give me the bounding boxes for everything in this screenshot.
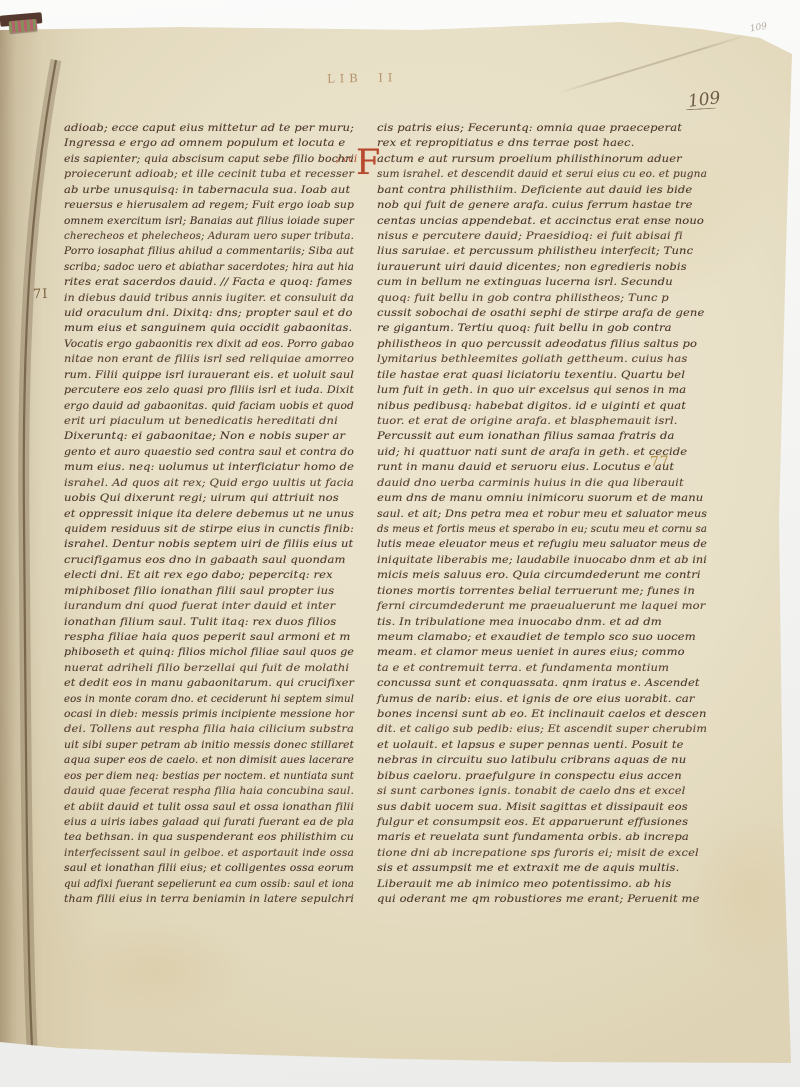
manuscript-line: tione dni ab increpatione sps furoris ei… xyxy=(377,846,707,861)
manuscript-line: qui oderant me qm robustiores me erant; … xyxy=(377,892,707,907)
manuscript-line: quoq: fuit bellu in gob contra philisthe… xyxy=(377,291,707,306)
manuscript-line: respha filiae haia quos peperit saul arm… xyxy=(64,630,354,645)
manuscript-line: sus dabit uocem sua. Misit sagittas et d… xyxy=(377,800,707,815)
manuscript-line: ferni circumdederunt me praeualuerunt me… xyxy=(377,599,707,614)
manuscript-line: cis patris eius; Feceruntq: omnia quae p… xyxy=(377,121,707,136)
manuscript-line: saul. et ait; Dns petra mea et robur meu… xyxy=(377,507,707,522)
text-column-left: adioab; ecce caput eius mittetur ad te p… xyxy=(64,121,354,908)
manuscript-line: centas uncias appendebat. et accinctus e… xyxy=(377,214,707,229)
manuscript-line: cherecheos et phelecheos; Aduram uero su… xyxy=(64,229,354,244)
manuscript-line: maris et reuelata sunt fundamenta orbis.… xyxy=(377,830,707,845)
running-title: LIB II xyxy=(327,70,398,85)
manuscript-line: runt in manu dauid et seruoru eius. Locu… xyxy=(377,460,707,475)
manuscript-line: israhel. Dentur nobis septem uiri de fil… xyxy=(64,537,354,552)
manuscript-line: lutis meae eleuator meus et refugiu meu … xyxy=(377,537,707,552)
manuscript-line: concussa sunt et conquassata. qnm iratus… xyxy=(377,676,707,691)
manuscript-line: uid oraculum dni. Dixitq: dns; propter s… xyxy=(64,306,354,321)
manuscript-line: eis sapienter; quia abscisum caput sebe … xyxy=(64,152,354,167)
manuscript-line: dauid dno uerba carminis huius in die qu… xyxy=(377,476,707,491)
manuscript-line: tea bethsan. in qua suspenderant eos phi… xyxy=(64,830,354,845)
manuscript-line: tis. In tribulatione mea inuocabo dnm. e… xyxy=(377,615,707,630)
manuscript-line: fumus de narib: eius. et ignis de ore ei… xyxy=(377,692,707,707)
manuscript-line: crucifigamus eos dno in gabaath saul quo… xyxy=(64,553,354,568)
manuscript-line: saul et ionathan filii eius; et colligen… xyxy=(64,861,354,876)
manuscript-line: qui adfixi fuerant sepelierunt ea cum os… xyxy=(64,877,354,892)
manuscript-line: uid; hi quattuor nati sunt de arafa in g… xyxy=(377,445,707,460)
manuscript-line: ab urbe unusquisq: in tabernacula sua. I… xyxy=(64,183,354,198)
manuscript-line: et dedit eos in manu gabaonitarum. qui c… xyxy=(64,676,354,691)
manuscript-line: erit uri piaculum ut benedicatis heredit… xyxy=(64,414,354,429)
right-column-lines: cis patris eius; Feceruntq: omnia quae p… xyxy=(377,121,707,908)
manuscript-line: tuor. et erat de origine arafa. et blasp… xyxy=(377,414,707,429)
manuscript-line: eius a uiris iabes galaad qui furati fue… xyxy=(64,815,354,830)
manuscript-line: bones incensi sunt ab eo. Et inclinauit … xyxy=(377,707,707,722)
manuscript-line: adioab; ecce caput eius mittetur ad te p… xyxy=(64,121,354,136)
manuscript-line: et abiit dauid et tulit ossa saul et oss… xyxy=(64,800,354,815)
manuscript-line: Ingressa e ergo ad omnem populum et locu… xyxy=(64,136,354,151)
manuscript-line: lius saruiae. et percussum philistheu in… xyxy=(377,244,707,259)
manuscript-line: uobis Qui dixerunt regi; uirum qui attri… xyxy=(64,491,354,506)
manuscript-line: eos per diem neq: bestias per noctem. et… xyxy=(64,769,354,784)
manuscript-line: israhel. Ad quos ait rex; Quid ergo uult… xyxy=(64,476,354,491)
manuscript-line: scriba; sadoc uero et abiathar sacerdote… xyxy=(64,260,354,275)
manuscript-line: uit sibi super petram ab initio messis d… xyxy=(64,738,354,753)
manuscript-line: dauid quae fecerat respha filia haia con… xyxy=(64,784,354,799)
manuscript-line: Vocatis ergo gabaonitis rex dixit ad eos… xyxy=(64,337,354,352)
manuscript-line: ergo dauid ad gabaonitas. quid faciam uo… xyxy=(64,399,354,414)
manuscript-line: Percussit aut eum ionathan filius samaa … xyxy=(377,429,707,444)
manuscript-line: ocasi in dieb: messis primis incipiente … xyxy=(64,707,354,722)
manuscript-line: bant contra philisthiim. Deficiente aut … xyxy=(377,183,707,198)
manuscript-line: actum e aut rursum proelium philisthinor… xyxy=(377,152,707,167)
manuscript-line: gento et auro quaestio sed contra saul e… xyxy=(64,445,354,460)
manuscript-line: lymitarius bethleemites goliath gettheum… xyxy=(377,352,707,367)
manuscript-line: nitae non erant de filiis isrl sed reliq… xyxy=(64,352,354,367)
manuscript-line: interfecissent saul in gelboe. et asport… xyxy=(64,846,354,861)
manuscript-line: fulgur et consumpsit eos. Et apparuerunt… xyxy=(377,815,707,830)
manuscript-line: meum clamabo; et exaudiet de templo sco … xyxy=(377,630,707,645)
manuscript-line: omnem exercitum isrl; Banaias aut filius… xyxy=(64,214,354,229)
manuscript-line: electi dni. Et ait rex ego dabo; peperci… xyxy=(64,568,354,583)
manuscript-line: mum eius. neq: uolumus ut interficiatur … xyxy=(64,460,354,475)
manuscript-line: rum. Filii quippe isrl iurauerant eis. e… xyxy=(64,368,354,383)
manuscript-line: philistheos in quo percussit adeodatus f… xyxy=(377,337,707,352)
manuscript-line: eum dns de manu omniu inimicoru suorum e… xyxy=(377,491,707,506)
manuscript-line: in diebus dauid tribus annis iugiter. et… xyxy=(64,291,354,306)
text-column-right: F cis patris eius; Feceruntq: omnia quae… xyxy=(377,121,707,908)
manuscript-line: ds meus et fortis meus et sperabo in eu;… xyxy=(377,522,707,537)
manuscript-line: micis meis saluus ero. Quia circumdederu… xyxy=(377,568,707,583)
manuscript-line: re gigantum. Tertiu quoq: fuit bellu in … xyxy=(377,321,707,336)
manuscript-line: tile hastae erat quasi liciatoriu texent… xyxy=(377,368,707,383)
manuscript-line: nebras in circuitu suo latibulu cribrans… xyxy=(377,753,707,768)
manuscript-line: reuersus e hierusalem ad regem; Fuit erg… xyxy=(64,198,354,213)
headband xyxy=(9,19,38,33)
folio-number-ink: 109 xyxy=(687,88,722,111)
manuscript-line: mum eius et sanguinem quia occidit gabao… xyxy=(64,321,354,336)
manuscript-line: iniquitate liberabis me; laudabile inuoc… xyxy=(377,553,707,568)
manuscript-line: ionathan filium saul. Tulit itaq: rex du… xyxy=(64,615,354,630)
manuscript-line: cum in bellum ne extinguas lucerna isrl.… xyxy=(377,275,707,290)
manuscript-photo: LIB II 109 109 7I 77 /xvi adioab; ecce c… xyxy=(0,0,800,1087)
manuscript-line: rex et repropitiatus e dns terrae post h… xyxy=(377,136,707,151)
manuscript-line: phiboseth et quinq: filios michol filiae… xyxy=(64,645,354,660)
manuscript-line: et uolauit. et lapsus e super pennas uen… xyxy=(377,738,707,753)
manuscript-line: miphiboset filio ionathan filii saul pro… xyxy=(64,584,354,599)
manuscript-line: iurauerunt uiri dauid dicentes; non egre… xyxy=(377,260,707,275)
manuscript-line: aqua super eos de caelo. et non dimisit … xyxy=(64,753,354,768)
manuscript-line: sum israhel. et descendit dauid et serui… xyxy=(377,167,707,182)
manuscript-line: nob qui fuit de genere arafa. cuius ferr… xyxy=(377,198,707,213)
manuscript-line: cussit sobochai de osathi sephi de stirp… xyxy=(377,306,707,321)
manuscript-line: dit. et caligo sub pedib: eius; Et ascen… xyxy=(377,722,707,737)
manuscript-line: proiecerunt adioab; et ille cecinit tuba… xyxy=(64,167,354,182)
manuscript-line: nuerat adriheli filio berzellai qui fuit… xyxy=(64,661,354,676)
manuscript-line: dei. Tollens aut respha filia haia cilic… xyxy=(64,722,354,737)
manuscript-line: lum fuit in geth. in quo uir excelsus qu… xyxy=(377,383,707,398)
folio-number-pencil: 109 xyxy=(749,22,768,35)
manuscript-line: Liberauit me ab inimico meo potentissimo… xyxy=(377,877,707,892)
corner-crease-line xyxy=(558,34,750,94)
manuscript-line: meam. et clamor meus ueniet in aures eiu… xyxy=(377,645,707,660)
manuscript-line: iurandum dni quod fuerat inter dauid et … xyxy=(64,599,354,614)
manuscript-line: percutere eos zelo quasi pro filiis isrl… xyxy=(64,383,354,398)
manuscript-line: ta e et contremuit terra. et fundamenta … xyxy=(377,661,707,676)
manuscript-line: tiones mortis torrentes belial terruerun… xyxy=(377,584,707,599)
manuscript-line: si sunt carbones ignis. tonabit de caelo… xyxy=(377,784,707,799)
manuscript-line: rites erat sacerdos dauid. // Facta e qu… xyxy=(64,275,354,290)
manuscript-line: bibus caeloru. praefulgure in conspectu … xyxy=(377,769,707,784)
manuscript-line: nisus e percutere dauid; Praesidioq: ei … xyxy=(377,229,707,244)
manuscript-line: tham filii eius in terra beniamin in lat… xyxy=(64,892,354,907)
manuscript-line: Porro iosaphat filius ahilud a commentar… xyxy=(64,244,354,259)
manuscript-line: sis et assumpsit me et extraxit me de aq… xyxy=(377,861,707,876)
manuscript-line: et oppressit inique ita delere debemus u… xyxy=(64,507,354,522)
margin-mark-left: 7I xyxy=(33,287,49,303)
manuscript-line: Dixeruntq: ei gabaonitae; Non e nobis su… xyxy=(64,429,354,444)
manuscript-line: quidem residuus sit de stirpe eius in cu… xyxy=(64,522,354,537)
manuscript-line: nibus pedibusq: habebat digitos. id e ui… xyxy=(377,399,707,414)
manuscript-line: eos in monte coram dno. et ceciderunt hi… xyxy=(64,692,354,707)
